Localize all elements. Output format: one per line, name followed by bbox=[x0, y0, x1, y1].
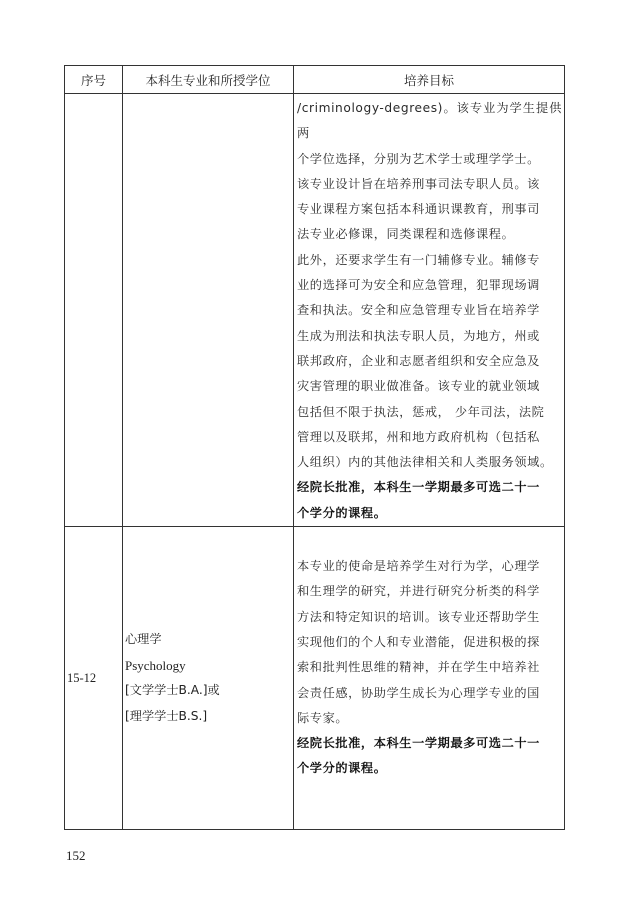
table-row: 15-12 心理学 Psychology [文学学士B.A.]或 [理学学士B.… bbox=[65, 527, 565, 830]
approval-note-line: 个学分的课程。 bbox=[297, 501, 562, 526]
goal-line: 业的选择可为安全和应急管理，犯罪现场调 bbox=[297, 273, 562, 298]
goal-line: 管理以及联邦，州和地方政府机构（包括私 bbox=[297, 425, 562, 450]
goal-line: 生成为刑法和执法专职人员，为地方，州或 bbox=[297, 324, 562, 349]
page-number: 152 bbox=[66, 848, 86, 864]
goal-line: 专业课程方案包括本科通识课教育，刑事司 bbox=[297, 197, 562, 222]
degree-bs: [理学学士B.S.] bbox=[125, 704, 293, 730]
row-number-cell bbox=[65, 94, 123, 527]
row-number-cell: 15-12 bbox=[65, 527, 123, 830]
goal-line: 方法和特定知识的培训。该专业还帮助学生 bbox=[297, 605, 562, 630]
header-training-goal: 培养目标 bbox=[294, 66, 565, 94]
goal-line: 际专家。 bbox=[297, 706, 562, 731]
header-major-degree: 本科生专业和所授学位 bbox=[123, 66, 294, 94]
goal-line: 会责任感，协助学生成长为心理学专业的国 bbox=[297, 681, 562, 706]
goal-line: 该专业设计旨在培养刑事司法专职人员。该 bbox=[297, 172, 562, 197]
major-cell bbox=[123, 94, 294, 527]
majors-table: 序号 本科生专业和所授学位 培养目标 /criminology-degrees)… bbox=[64, 65, 565, 830]
header-serial-number: 序号 bbox=[65, 66, 123, 94]
approval-note-line: 经院长批准，本科生一学期最多可选二十一 bbox=[297, 475, 562, 500]
goal-line: /criminology-degrees)。该专业为学生提供两 bbox=[297, 96, 562, 147]
goal-line: 包括但不限于执法，惩戒， 少年司法，法院 bbox=[297, 400, 562, 425]
major-cell: 心理学 Psychology [文学学士B.A.]或 [理学学士B.S.] bbox=[123, 527, 294, 830]
goal-line: 实现他们的个人和专业潜能，促进积极的探 bbox=[297, 630, 562, 655]
goal-line: 人组织）内的其他法律相关和人类服务领域。 bbox=[297, 450, 562, 475]
goal-line: 索和批判性思维的精神，并在学生中培养社 bbox=[297, 655, 562, 680]
approval-note-line: 经院长批准，本科生一学期最多可选二十一 bbox=[297, 731, 562, 756]
goal-line: 查和执法。安全和应急管理专业旨在培养学 bbox=[297, 298, 562, 323]
goal-cell: /criminology-degrees)。该专业为学生提供两 个学位选择，分别… bbox=[294, 94, 565, 527]
degree-ba: [文学学士B.A.]或 bbox=[125, 678, 293, 704]
goal-line: 和生理学的研究，并进行研究分析类的科学 bbox=[297, 579, 562, 604]
goal-text: 本专业的使命是培养学生对行为学，心理学 和生理学的研究，并进行研究分析类的科学 … bbox=[294, 527, 564, 782]
table-header-row: 序号 本科生专业和所授学位 培养目标 bbox=[65, 66, 565, 94]
approval-note-line: 个学分的课程。 bbox=[297, 756, 562, 781]
table-row: /criminology-degrees)。该专业为学生提供两 个学位选择，分别… bbox=[65, 94, 565, 527]
goal-line: 灾害管理的职业做准备。该专业的就业领域 bbox=[297, 374, 562, 399]
goal-line: 此外，还要求学生有一门辅修专业。辅修专 bbox=[297, 248, 562, 273]
goal-text: /criminology-degrees)。该专业为学生提供两 个学位选择，分别… bbox=[294, 94, 564, 526]
goal-cell: 本专业的使命是培养学生对行为学，心理学 和生理学的研究，并进行研究分析类的科学 … bbox=[294, 527, 565, 830]
major-name-en: Psychology bbox=[125, 653, 293, 679]
goal-line: 本专业的使命是培养学生对行为学，心理学 bbox=[297, 554, 562, 579]
document-page: 序号 本科生专业和所授学位 培养目标 /criminology-degrees)… bbox=[0, 0, 628, 909]
major-name-zh: 心理学 bbox=[125, 627, 293, 653]
goal-line: 个学位选择，分别为艺术学士或理学学士。 bbox=[297, 147, 562, 172]
goal-line: 联邦政府，企业和志愿者组织和安全应急及 bbox=[297, 349, 562, 374]
goal-line: 法专业必修课，同类课程和选修课程。 bbox=[297, 222, 562, 247]
